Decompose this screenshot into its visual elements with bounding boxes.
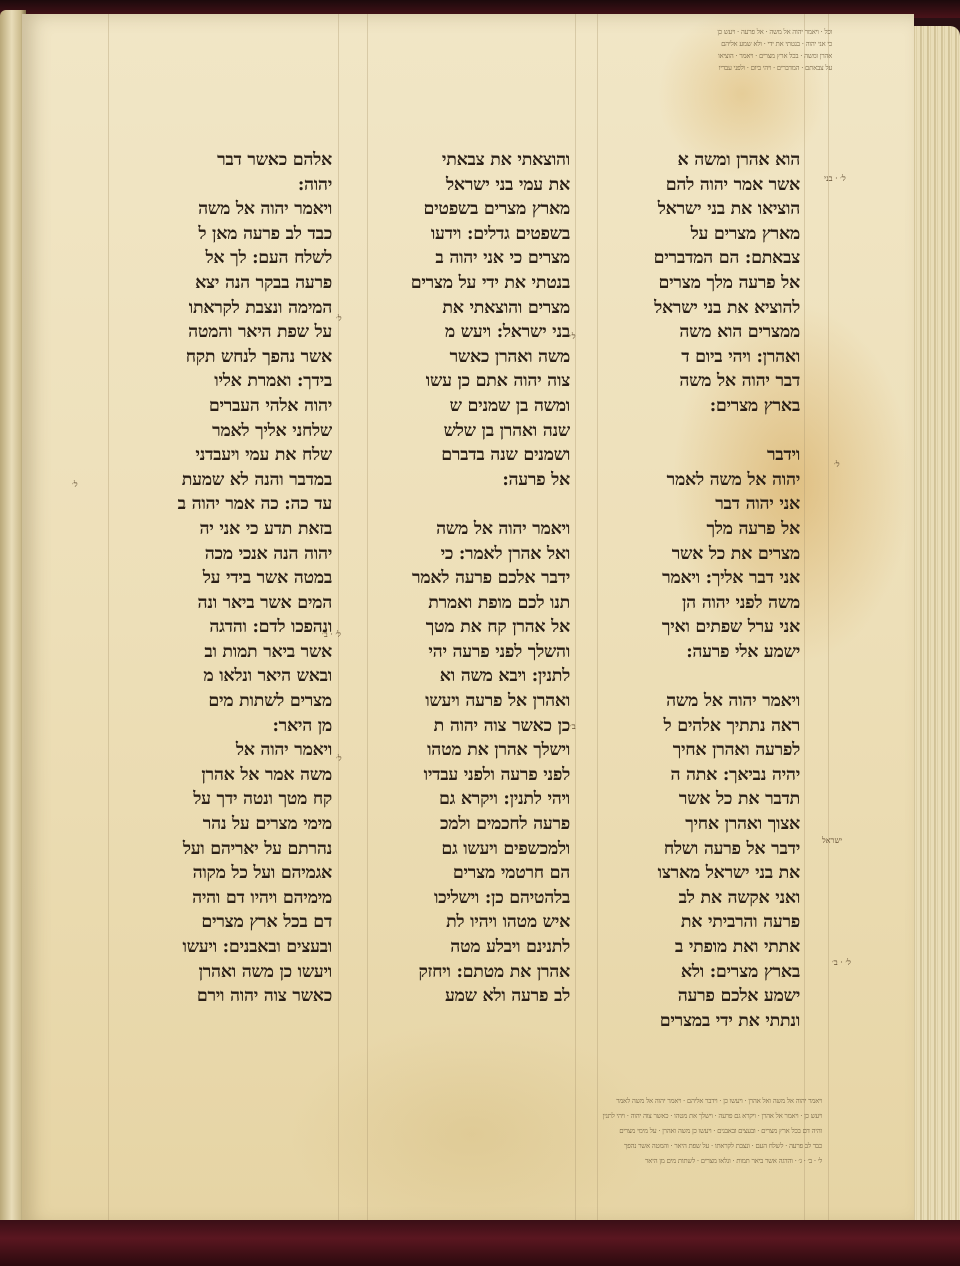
text-line: ובאש היאר ונלאו מ — [132, 664, 332, 689]
text-line: עד כה: כה אמר יהוה ב — [132, 492, 332, 517]
text-line: והשלך לפני פרעה יהי — [370, 640, 570, 665]
text-line: ואני אקשה את לב — [600, 886, 800, 911]
text-line: מארץ מצרים בשפטים — [370, 197, 570, 222]
text-column-left: אלהם כאשר דבר יהוה: ויאמר יהוה אל משה כב… — [132, 148, 332, 1009]
text-line: אהרן את מטתם: ויחזק — [370, 960, 570, 985]
text-line: שנה ואהרן בן שלש — [370, 419, 570, 444]
text-line: דם בכל ארץ מצרים — [132, 910, 332, 935]
text-column-right: הוא אהרן ומשה א אשר אמר יהוה להם הוציאו … — [600, 148, 800, 1033]
text-line: פרעה והרביתי את — [600, 910, 800, 935]
text-line: ואהרן אל פרעה ויעשו — [370, 689, 570, 714]
text-line: משה ואהרן כאשר — [370, 345, 570, 370]
text-line: ונתתי את ידי במצרים — [600, 1009, 800, 1034]
ruling-line — [804, 14, 805, 1226]
text-line: ידבר אלכם פרעה לאמר — [370, 566, 570, 591]
text-line: אני יהוה דבר — [600, 492, 800, 517]
text-line: ויעשו כן משה ואהרן — [132, 960, 332, 985]
text-line: אשר אמר יהוה להם — [600, 173, 800, 198]
text-line: אגמיהם ועל כל מקוה — [132, 861, 332, 886]
text-line: משה לפני יהוה הן — [600, 591, 800, 616]
ruling-line — [338, 14, 339, 1226]
text-line: צבאתם: הם המדברים — [600, 246, 800, 271]
text-line: כאשר צוה יהוה וירם — [132, 984, 332, 1009]
text-line: יהוה: — [132, 173, 332, 198]
text-line: בנטתי את ידי על מצרים — [370, 271, 570, 296]
text-line: אל פרעה: — [370, 468, 570, 493]
text-line: משה אמר אל אהרן — [132, 763, 332, 788]
text-line: יהיה נביאך: אתה ה — [600, 763, 800, 788]
text-line: בארץ מצרים: — [600, 394, 800, 419]
text-line: פרעה בבקר הנה יצא — [132, 271, 332, 296]
text-line: הם חרטמי מצרים — [370, 861, 570, 886]
text-line: לתנינם ויבלע מטה — [370, 935, 570, 960]
text-line: אני ערל שפתים ואיך — [600, 615, 800, 640]
ruling-line — [367, 14, 368, 1226]
text-line: איש מטהו ויהיו לת — [370, 910, 570, 935]
text-line: ראה נתתיך אלהים ל — [600, 714, 800, 739]
masorah-parva-note: ל׳ — [570, 332, 576, 342]
masorah-line: וכל · ויאמר יהוה אל משה · אל פרעה · ויעש… — [192, 26, 832, 38]
text-line: מן היאר: — [132, 714, 332, 739]
text-line: ונהפכו לדם: והדגה — [132, 615, 332, 640]
text-line: את בני ישראל מארצו — [600, 861, 800, 886]
text-line: ישמע אלכם פרעה — [600, 984, 800, 1009]
binding-bottom — [0, 1220, 960, 1266]
text-line: במדבר והנה לא שמעת — [132, 468, 332, 493]
text-line: מצרים את כל אשר — [600, 542, 800, 567]
text-line: הוציאו את בני ישראל — [600, 197, 800, 222]
text-line: תנו לכם מופת ואמרת — [370, 591, 570, 616]
text-line: המימה ונצבת לקראתו — [132, 296, 332, 321]
text-line: ויאמר יהוה אל משה — [370, 517, 570, 542]
text-line: יהוה אלהי העברים — [132, 394, 332, 419]
text-line: דבר יהוה אל משה — [600, 369, 800, 394]
text-line: בלהטיהם כן: וישליכו — [370, 886, 570, 911]
section-break — [600, 664, 800, 689]
text-line: אל פרעה מלך מצרים — [600, 271, 800, 296]
text-line: להוציא את בני ישראל — [600, 296, 800, 321]
text-line: והוצאתי את צבאתי — [370, 148, 570, 173]
text-line: ולמכשפים ויעשו גם — [370, 837, 570, 862]
text-line: בידך: ואמרת אליו — [132, 369, 332, 394]
masorah-line: כי אני יהוה · בנטתי את ידי · ולא שמע אלי… — [192, 38, 832, 50]
text-column-middle: והוצאתי את צבאתי את עמי בני ישראל מארץ מ… — [370, 148, 570, 1009]
ruling-line — [828, 14, 829, 1226]
text-line: ואהרן: ויהי ביום ד — [600, 345, 800, 370]
text-line: שלחני אליך לאמר — [132, 419, 332, 444]
text-line: אל אהרן קח את מטך — [370, 615, 570, 640]
masorah-line: והיה דם בכל ארץ מצרים · ובעצים ובאבנים ·… — [132, 1124, 822, 1139]
masorah-parva-note: ל׳ · ב׳ — [832, 958, 851, 968]
text-line: ובעצים ובאבנים: ויעשו — [132, 935, 332, 960]
section-break — [370, 492, 570, 517]
masorah-line: אהרן ומשה · בכל ארץ מצרים · ויאמר · הוצי… — [192, 50, 832, 62]
masorah-parva-note: ל׳ — [72, 480, 78, 490]
text-line: וידבר — [600, 443, 800, 468]
text-line: לפרעה ואהרן אחיך — [600, 738, 800, 763]
text-line: בארץ מצרים: ולא — [600, 960, 800, 985]
masorah-line: על צבאתם · המדברים · ויהי ביום · ולפני ע… — [192, 62, 832, 74]
text-line: יהוה אל משה לאמר — [600, 468, 800, 493]
section-break — [600, 419, 800, 444]
text-line: במטה אשר בידי על — [132, 566, 332, 591]
text-line: נהרתם על יאריהם ועל — [132, 837, 332, 862]
text-line: וישלך אהרן את מטהו — [370, 738, 570, 763]
text-line: ישמע אלי פרעה: — [600, 640, 800, 665]
text-line: צוה יהוה אתם כן עשו — [370, 369, 570, 394]
text-line: את עמי בני ישראל — [370, 173, 570, 198]
text-line: ויאמר יהוה אל משה — [132, 197, 332, 222]
text-line: אשר ביאר תמות וב — [132, 640, 332, 665]
masorah-line: ויעש כן · ויאמר אל אהרן · ויקרא גם פרעה … — [132, 1109, 822, 1124]
ruling-line — [108, 14, 109, 1226]
text-line: ויאמר יהוה אל — [132, 738, 332, 763]
masorah-parva-note: ל׳ — [336, 314, 342, 324]
masorah-magna-top: וכל · ויאמר יהוה אל משה · אל פרעה · ויעש… — [192, 26, 832, 74]
masorah-parva-note: ל׳ · ב׳ — [322, 630, 341, 640]
text-line: מארץ מצרים על — [600, 222, 800, 247]
masorah-magna-bottom: ויאמר יהוה אל משה ואל אהרן · ויעשו כן · … — [132, 1094, 822, 1169]
manuscript-folio: וכל · ויאמר יהוה אל משה · אל פרעה · ויעש… — [22, 14, 914, 1226]
text-line: ויהי לתנין: ויקרא גם — [370, 787, 570, 812]
text-line: לפני פרעה ולפני עבדיו — [370, 763, 570, 788]
text-line: קח מטך ונטה ידך על — [132, 787, 332, 812]
masorah-line: כבד לב פרעה · לשלח העם · ונצבת לקראתו · … — [132, 1139, 822, 1154]
text-line: תדבר את כל אשר — [600, 787, 800, 812]
masorah-parva-note: ל׳ — [336, 754, 342, 764]
text-line: מצרים והוצאתי את — [370, 296, 570, 321]
text-line: הוא אהרן ומשה א — [600, 148, 800, 173]
text-line: אל פרעה מלך — [600, 517, 800, 542]
text-line: לב פרעה ולא שמע — [370, 984, 570, 1009]
masorah-parva-note: ישראל — [822, 836, 842, 846]
text-line: פרעה לחכמים ולמכ — [370, 812, 570, 837]
text-line: בזאת תדע כי אני יה — [132, 517, 332, 542]
text-line: אצוך ואהרן אחיך — [600, 812, 800, 837]
masorah-parva-note: ל׳ — [834, 460, 840, 470]
text-line: ויאמר יהוה אל משה — [600, 689, 800, 714]
text-line: מצרים כי אני יהוה ב — [370, 246, 570, 271]
text-line: כבד לב פרעה מאן ל — [132, 222, 332, 247]
masorah-line: ויאמר יהוה אל משה ואל אהרן · ויעשו כן · … — [132, 1094, 822, 1109]
ruling-line — [597, 14, 598, 1226]
text-line: כן כאשר צוה יהוה ת — [370, 714, 570, 739]
text-line: לשלח העם: לך אל — [132, 246, 332, 271]
masorah-parva-note: ב׳ — [570, 722, 576, 732]
text-line: אלהם כאשר דבר — [132, 148, 332, 173]
text-line: ואל אהרן לאמר: כי — [370, 542, 570, 567]
text-line: אתתי ואת מופתי ב — [600, 935, 800, 960]
masorah-parva-note: ל׳ · בני — [824, 174, 846, 184]
text-line: מצרים לשתות מים — [132, 689, 332, 714]
text-line: ידבר אל פרעה ושלח — [600, 837, 800, 862]
masorah-line: ל׳ · ב׳ · ג׳ · והדגה אשר ביאר תמות · ונל… — [132, 1154, 822, 1169]
text-line: יהוה הנה אנכי מכה — [132, 542, 332, 567]
text-line: מימיהם ויהיו דם והיה — [132, 886, 332, 911]
text-line: אשר נהפך לנחש תקח — [132, 345, 332, 370]
text-line: על שפת היאר והמטה — [132, 320, 332, 345]
text-line: בשפטים גדלים: וידעו — [370, 222, 570, 247]
page-stack-edge — [910, 26, 960, 1236]
text-line: ושמנים שנה בדברם — [370, 443, 570, 468]
text-line: ממצרים הוא משה — [600, 320, 800, 345]
text-line: שלח את עמי ויעבדני — [132, 443, 332, 468]
text-line: בני ישראל: ויעש מ — [370, 320, 570, 345]
text-line: אני דבר אליך: ויאמר — [600, 566, 800, 591]
ruling-line — [575, 14, 576, 1226]
text-line: מימי מצרים על נהר — [132, 812, 332, 837]
text-line: ומשה בן שמנים ש — [370, 394, 570, 419]
text-line: לתנין: ויבא משה וא — [370, 664, 570, 689]
text-line: המים אשר ביאר ונה — [132, 591, 332, 616]
